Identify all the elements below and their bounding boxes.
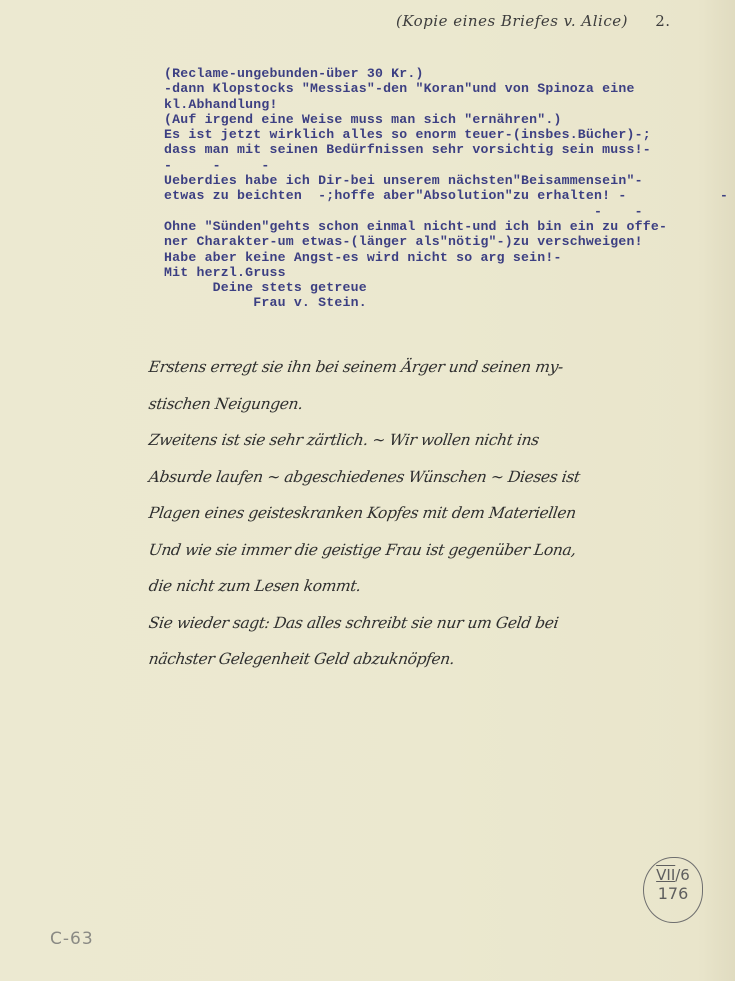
typed-line: Habe aber keine Angst-es wird nicht so a… <box>164 250 667 265</box>
header-annotation: (Kopie eines Briefes v. Alice) 2. <box>396 12 671 30</box>
typed-letter-body: (Reclame-ungebunden-über 30 Kr.) -dann K… <box>164 66 667 311</box>
typed-line: Ohne "Sünden"gehts schon einmal nicht-un… <box>164 219 667 234</box>
typed-line: dass man mit seinen Bedürfnissen sehr vo… <box>164 142 667 157</box>
typed-separator: - - - <box>164 158 667 173</box>
letter-page: (Kopie eines Briefes v. Alice) 2. (Recla… <box>0 0 735 981</box>
typed-line: ner Charakter-um etwas-(länger als"nötig… <box>164 234 667 249</box>
handwritten-line: Sie wieder sagt: Das alles schreibt sie … <box>145 611 730 648</box>
stamp-volume-suffix: /6 <box>675 866 690 884</box>
stamp-folio: 176 <box>644 884 702 904</box>
closing-phrase: Deine stets getreue <box>164 280 667 295</box>
handwritten-line: Absurde laufen ~ abgeschiedenes Wünschen… <box>145 465 730 502</box>
typed-line: (Reclame-ungebunden-über 30 Kr.) <box>164 66 667 81</box>
signature: Frau v. Stein. <box>164 295 667 310</box>
typed-line: (Auf irgend eine Weise muss man sich "er… <box>164 112 667 127</box>
closing-greeting: Mit herzl.Gruss <box>164 265 667 280</box>
typed-line: Es ist jetzt wirklich alles so enorm teu… <box>164 127 667 142</box>
handwritten-line: die nicht zum Lesen kommt. <box>145 574 730 611</box>
handwritten-line: stischen Neigungen. <box>145 392 730 429</box>
typed-line: kl.Abhandlung! <box>164 97 667 112</box>
handwritten-line: Zweitens ist sie sehr zärtlich. ~ Wir wo… <box>145 428 730 465</box>
reference-mark: C-63 <box>50 929 94 949</box>
margin-dash: - <box>720 188 728 203</box>
handwritten-line: Plagen eines geisteskranken Kopfes mit d… <box>145 501 730 538</box>
handwritten-line: Und wie sie immer die geistige Frau ist … <box>145 538 730 575</box>
handwritten-notes: Erstens erregt sie ihn bei seinem Ärger … <box>148 355 728 684</box>
typed-separator: - - <box>164 204 667 219</box>
stamp-volume: VII <box>656 866 675 884</box>
archive-stamp: VII/6 176 <box>643 857 703 923</box>
header-note-text: (Kopie eines Briefes v. Alice) <box>396 12 628 30</box>
page-number: 2. <box>655 12 670 30</box>
typed-line: Ueberdies habe ich Dir-bei unserem nächs… <box>164 173 667 188</box>
typed-line: -dann Klopstocks "Messias"-den "Koran"un… <box>164 81 667 96</box>
typed-line: etwas zu beichten -;hoffe aber"Absolutio… <box>164 188 667 203</box>
handwritten-line: nächster Gelegenheit Geld abzuknöpfen. <box>145 647 730 684</box>
handwritten-line: Erstens erregt sie ihn bei seinem Ärger … <box>145 355 730 392</box>
